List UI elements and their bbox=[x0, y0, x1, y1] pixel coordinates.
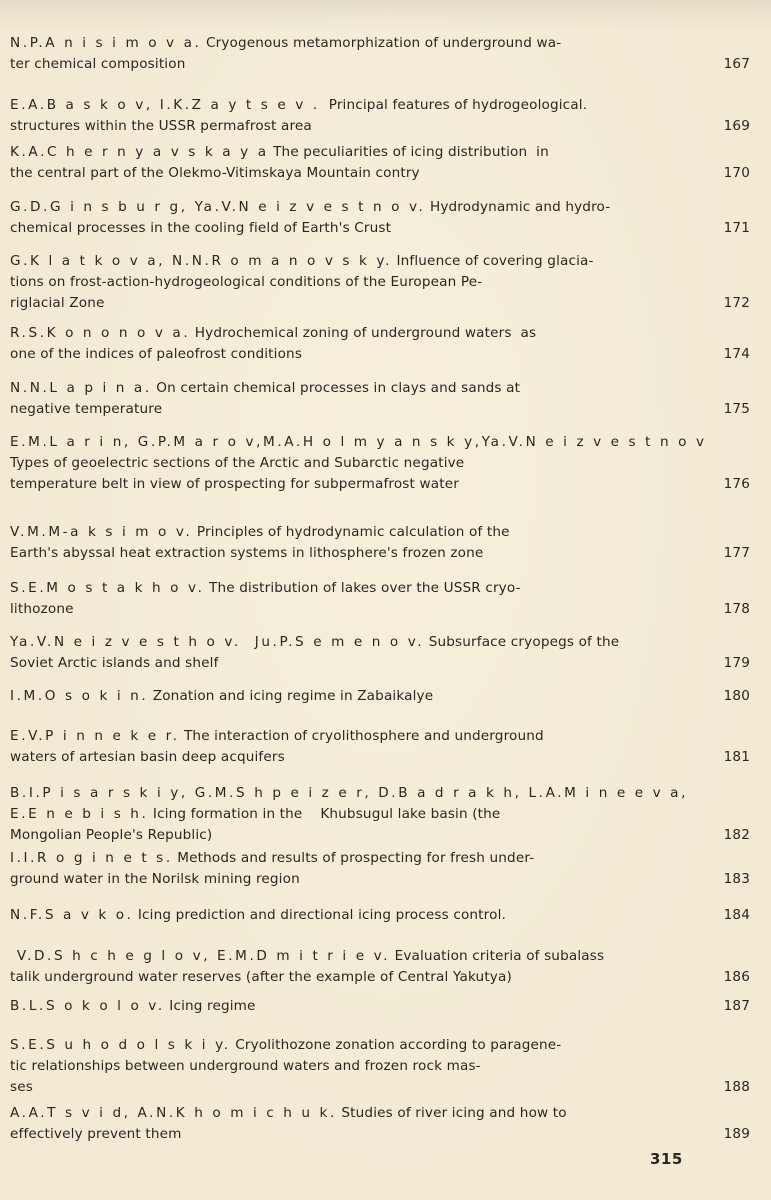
entry-text: tions on frost-action-hydrogeological co… bbox=[10, 272, 482, 293]
entry-text: N.P.A n i s i m o v a. Cryogenous metamo… bbox=[10, 33, 561, 54]
toc-entry: E.A.B a s k o v, I.K.Z a y t s e v . Pri… bbox=[10, 95, 750, 137]
toc-entry: N.F.S a v k o. Icing prediction and dire… bbox=[10, 905, 750, 926]
entry-title-text: one of the indices of paleofrost conditi… bbox=[10, 346, 302, 362]
entry-text: N.N.L a p i n a. On certain chemical pro… bbox=[10, 378, 520, 399]
entry-page-number bbox=[700, 251, 750, 272]
entry-title-text: the central part of the Olekmo-Vitimskay… bbox=[10, 165, 420, 181]
entry-line: N.F.S a v k o. Icing prediction and dire… bbox=[10, 905, 750, 926]
entry-title-text: Methods and results of prospecting for f… bbox=[173, 850, 534, 866]
entry-text: Ya.V.N e i z v e s t h o v. Ju.P.S e m e… bbox=[10, 632, 619, 653]
entry-authors: E.V.P i n n e k e r. bbox=[10, 728, 180, 744]
entry-page-number: 167 bbox=[700, 54, 750, 75]
entry-line: structures within the USSR permafrost ar… bbox=[10, 116, 750, 137]
entry-title-text: Icing regime bbox=[165, 998, 256, 1014]
entry-title-text: The interaction of cryolithosphere and u… bbox=[180, 728, 544, 744]
book-page: N.P.A n i s i m o v a. Cryogenous metamo… bbox=[0, 0, 771, 1200]
entry-title-text: tions on frost-action-hydrogeological co… bbox=[10, 274, 482, 290]
entry-text: structures within the USSR permafrost ar… bbox=[10, 116, 312, 137]
entry-page-number bbox=[700, 578, 750, 599]
entry-text: tic relationships between underground wa… bbox=[10, 1056, 481, 1077]
page-top-shadow bbox=[0, 0, 771, 30]
entry-page-number bbox=[700, 522, 750, 543]
entry-line: S.E.S u h o d o l s k i y. Cryolithozone… bbox=[10, 1035, 750, 1056]
entry-page-number bbox=[700, 95, 750, 116]
entry-text: I.I.R o g i n e t s. Methods and results… bbox=[10, 848, 534, 869]
entry-line: Earth's abyssal heat extraction systems … bbox=[10, 543, 750, 564]
entry-authors: S.E.M o s t a k h o v. bbox=[10, 580, 205, 596]
entry-line: K.A.C h e r n y a v s k a y a The peculi… bbox=[10, 142, 750, 163]
entry-text: talik underground water reserves (after … bbox=[10, 967, 512, 988]
entry-line: Soviet Arctic islands and shelf179 bbox=[10, 653, 750, 674]
entry-page-number bbox=[700, 1103, 750, 1124]
entry-authors: N.F.S a v k o. bbox=[10, 907, 133, 923]
entry-text: S.E.S u h o d o l s k i y. Cryolithozone… bbox=[10, 1035, 561, 1056]
entry-page-number: 169 bbox=[700, 116, 750, 137]
entry-page-number: 183 bbox=[700, 869, 750, 890]
entry-line: B.L.S o k o l o v. Icing regime187 bbox=[10, 996, 750, 1017]
toc-entry: B.I.P i s a r s k i y, G.M.S h p e i z e… bbox=[10, 783, 750, 846]
entry-line: I.M.O s o k i n. Zonation and icing regi… bbox=[10, 686, 750, 707]
entry-text: E.V.P i n n e k e r. The interaction of … bbox=[10, 726, 544, 747]
toc-entry: E.V.P i n n e k e r. The interaction of … bbox=[10, 726, 750, 768]
entry-line: negative temperature175 bbox=[10, 399, 750, 420]
entry-text: temperature belt in view of prospecting … bbox=[10, 474, 459, 495]
toc-entry: R.S.K o n o n o v a. Hydrochemical zonin… bbox=[10, 323, 750, 365]
entry-page-number: 180 bbox=[700, 686, 750, 707]
entry-line: the central part of the Olekmo-Vitimskay… bbox=[10, 163, 750, 184]
entry-title-text: The distribution of lakes over the USSR … bbox=[205, 580, 521, 596]
entry-text: E.M.L a r i n, G.P.M a r o v,M.A.H o l m… bbox=[10, 432, 707, 453]
entry-text: V.D.S h c h e g l o v, E.M.D m i t r i e… bbox=[10, 946, 604, 967]
toc-entry: B.L.S o k o l o v. Icing regime187 bbox=[10, 996, 750, 1017]
entry-page-number: 174 bbox=[700, 344, 750, 365]
entry-line: lithozone178 bbox=[10, 599, 750, 620]
entry-authors: N.P.A n i s i m o v a. bbox=[10, 35, 201, 51]
toc-entry: E.M.L a r i n, G.P.M a r o v,M.A.H o l m… bbox=[10, 432, 750, 495]
entry-line: E.V.P i n n e k e r. The interaction of … bbox=[10, 726, 750, 747]
entry-title-text: negative temperature bbox=[10, 401, 162, 417]
entry-text: G.D.G i n s b u r g, Ya.V.N e i z v e s … bbox=[10, 197, 610, 218]
toc-entry: N.N.L a p i n a. On certain chemical pro… bbox=[10, 378, 750, 420]
entry-title-text: Types of geoelectric sections of the Arc… bbox=[10, 455, 464, 471]
entry-text: V.M.M-a k s i m o v. Principles of hydro… bbox=[10, 522, 510, 543]
entry-line: V.M.M-a k s i m o v. Principles of hydro… bbox=[10, 522, 750, 543]
entry-page-number: 172 bbox=[700, 293, 750, 314]
entry-line: Mongolian People's Republic)182 bbox=[10, 825, 750, 846]
entry-line: E.E n e b i s h. Icing formation in the … bbox=[10, 804, 750, 825]
entry-line: effectively prevent them189 bbox=[10, 1124, 750, 1145]
entry-page-number: 186 bbox=[700, 967, 750, 988]
entry-text: lithozone bbox=[10, 599, 74, 620]
entry-text: R.S.K o n o n o v a. Hydrochemical zonin… bbox=[10, 323, 536, 344]
entry-text: S.E.M o s t a k h o v. The distribution … bbox=[10, 578, 521, 599]
entry-line: ses188 bbox=[10, 1077, 750, 1098]
entry-page-number: 189 bbox=[700, 1124, 750, 1145]
entry-page-number: 178 bbox=[700, 599, 750, 620]
entry-title-text: Evaluation criteria of subalass bbox=[390, 948, 604, 964]
entry-page-number bbox=[700, 632, 750, 653]
entry-title-text: tic relationships between underground wa… bbox=[10, 1058, 481, 1074]
entry-line: Types of geoelectric sections of the Arc… bbox=[10, 453, 750, 474]
entry-page-number bbox=[700, 33, 750, 54]
entry-title-text: lithozone bbox=[10, 601, 74, 617]
entry-line: Ya.V.N e i z v e s t h o v. Ju.P.S e m e… bbox=[10, 632, 750, 653]
entry-text: G.K l a t k o v a, N.N.R o m a n o v s k… bbox=[10, 251, 594, 272]
entry-page-number: 184 bbox=[700, 905, 750, 926]
toc-entry: A.A.T s v i d, A.N.K h o m i c h u k. St… bbox=[10, 1103, 750, 1145]
entry-text: chemical processes in the cooling field … bbox=[10, 218, 391, 239]
entry-text: A.A.T s v i d, A.N.K h o m i c h u k. St… bbox=[10, 1103, 567, 1124]
entry-line: E.A.B a s k o v, I.K.Z a y t s e v . Pri… bbox=[10, 95, 750, 116]
entry-page-number: 170 bbox=[700, 163, 750, 184]
entry-authors: E.M.L a r i n, G.P.M a r o v,M.A.H o l m… bbox=[10, 434, 707, 450]
entry-text: the central part of the Olekmo-Vitimskay… bbox=[10, 163, 420, 184]
entry-title-text: Icing formation in the Khubsugul lake ba… bbox=[148, 806, 500, 822]
entry-title-text: effectively prevent them bbox=[10, 1126, 182, 1142]
entry-authors: K.A.C h e r n y a v s k a y a bbox=[10, 144, 269, 160]
entry-authors: G.K l a t k o v a, N.N.R o m a n o v s k… bbox=[10, 253, 392, 269]
entry-line: temperature belt in view of prospecting … bbox=[10, 474, 750, 495]
entry-title-text: Studies of river icing and how to bbox=[337, 1105, 567, 1121]
entry-text: E.E n e b i s h. Icing formation in the … bbox=[10, 804, 500, 825]
entry-title-text: Principal features of hydrogeological. bbox=[320, 97, 587, 113]
entry-title-text: talik underground water reserves (after … bbox=[10, 969, 512, 985]
toc-entry: V.M.M-a k s i m o v. Principles of hydro… bbox=[10, 522, 750, 564]
entry-authors: V.D.S h c h e g l o v, E.M.D m i t r i e… bbox=[10, 948, 390, 964]
entry-page-number: 177 bbox=[700, 543, 750, 564]
entry-title-text: waters of artesian basin deep acquifers bbox=[10, 749, 285, 765]
entry-title-text: Subsurface cryopegs of the bbox=[424, 634, 619, 650]
entry-text: ground water in the Norilsk mining regio… bbox=[10, 869, 300, 890]
entry-text: waters of artesian basin deep acquifers bbox=[10, 747, 285, 768]
entry-text: riglacial Zone bbox=[10, 293, 105, 314]
entry-page-number bbox=[700, 783, 750, 804]
entry-line: ter chemical composition167 bbox=[10, 54, 750, 75]
entry-text: B.I.P i s a r s k i y, G.M.S h p e i z e… bbox=[10, 783, 688, 804]
entry-authors: G.D.G i n s b u r g, Ya.V.N e i z v e s … bbox=[10, 199, 425, 215]
entry-line: R.S.K o n o n o v a. Hydrochemical zonin… bbox=[10, 323, 750, 344]
entry-title-text: Earth's abyssal heat extraction systems … bbox=[10, 545, 483, 561]
entry-title-text: Influence of covering glacia- bbox=[392, 253, 594, 269]
entry-title-text: temperature belt in view of prospecting … bbox=[10, 476, 459, 492]
entry-page-number: 181 bbox=[700, 747, 750, 768]
entry-text: one of the indices of paleofrost conditi… bbox=[10, 344, 302, 365]
entry-text: K.A.C h e r n y a v s k a y a The peculi… bbox=[10, 142, 549, 163]
entry-title-text: ground water in the Norilsk mining regio… bbox=[10, 871, 300, 887]
toc-entry: Ya.V.N e i z v e s t h o v. Ju.P.S e m e… bbox=[10, 632, 750, 674]
entry-page-number: 187 bbox=[700, 996, 750, 1017]
entry-line: ground water in the Norilsk mining regio… bbox=[10, 869, 750, 890]
entry-line: N.P.A n i s i m o v a. Cryogenous metamo… bbox=[10, 33, 750, 54]
entry-page-number bbox=[700, 378, 750, 399]
toc-entry: N.P.A n i s i m o v a. Cryogenous metamo… bbox=[10, 33, 750, 75]
entry-page-number bbox=[707, 432, 757, 453]
entry-title-text: Hydrodynamic and hydro- bbox=[425, 199, 610, 215]
entry-page-number bbox=[700, 848, 750, 869]
entry-line: A.A.T s v i d, A.N.K h o m i c h u k. St… bbox=[10, 1103, 750, 1124]
entry-line: N.N.L a p i n a. On certain chemical pro… bbox=[10, 378, 750, 399]
entry-page-number bbox=[700, 272, 750, 293]
entry-authors: I.M.O s o k i n. bbox=[10, 688, 148, 704]
entry-text: effectively prevent them bbox=[10, 1124, 182, 1145]
entry-page-number bbox=[700, 726, 750, 747]
entry-page-number bbox=[700, 142, 750, 163]
entry-page-number: 182 bbox=[700, 825, 750, 846]
toc-entry: S.E.M o s t a k h o v. The distribution … bbox=[10, 578, 750, 620]
entry-title-text: Mongolian People's Republic) bbox=[10, 827, 212, 843]
entry-authors: Ya.V.N e i z v e s t h o v. Ju.P.S e m e… bbox=[10, 634, 424, 650]
entry-page-number: 175 bbox=[700, 399, 750, 420]
entry-authors: B.L.S o k o l o v. bbox=[10, 998, 165, 1014]
toc-entry: I.I.R o g i n e t s. Methods and results… bbox=[10, 848, 750, 890]
entry-text: Mongolian People's Republic) bbox=[10, 825, 212, 846]
entry-title-text: ter chemical composition bbox=[10, 56, 185, 72]
entry-line: G.D.G i n s b u r g, Ya.V.N e i z v e s … bbox=[10, 197, 750, 218]
entry-line: S.E.M o s t a k h o v. The distribution … bbox=[10, 578, 750, 599]
entry-line: waters of artesian basin deep acquifers1… bbox=[10, 747, 750, 768]
entry-text: Soviet Arctic islands and shelf bbox=[10, 653, 219, 674]
entry-authors: B.I.P i s a r s k i y, G.M.S h p e i z e… bbox=[10, 785, 688, 801]
entry-authors: E.A.B a s k o v, I.K.Z a y t s e v . bbox=[10, 97, 320, 113]
entry-line: G.K l a t k o v a, N.N.R o m a n o v s k… bbox=[10, 251, 750, 272]
toc-entry: G.K l a t k o v a, N.N.R o m a n o v s k… bbox=[10, 251, 750, 314]
toc-entry: I.M.O s o k i n. Zonation and icing regi… bbox=[10, 686, 750, 707]
entry-line: E.M.L a r i n, G.P.M a r o v,M.A.H o l m… bbox=[10, 432, 750, 453]
entry-page-number bbox=[700, 946, 750, 967]
entry-page-number bbox=[700, 323, 750, 344]
entry-page-number: 188 bbox=[700, 1077, 750, 1098]
entry-authors: S.E.S u h o d o l s k i y. bbox=[10, 1037, 231, 1053]
entry-title-text: Soviet Arctic islands and shelf bbox=[10, 655, 219, 671]
entry-line: riglacial Zone172 bbox=[10, 293, 750, 314]
entry-page-number bbox=[700, 804, 750, 825]
entry-title-text: Hydrochemical zoning of underground wate… bbox=[190, 325, 536, 341]
entry-line: V.D.S h c h e g l o v, E.M.D m i t r i e… bbox=[10, 946, 750, 967]
entry-title-text: Icing prediction and directional icing p… bbox=[133, 907, 506, 923]
entry-title-text: structures within the USSR permafrost ar… bbox=[10, 118, 312, 134]
entry-title-text: Principles of hydrodynamic calculation o… bbox=[192, 524, 509, 540]
entry-line: tic relationships between underground wa… bbox=[10, 1056, 750, 1077]
entry-title-text: Zonation and icing regime in Zabaikalye bbox=[148, 688, 433, 704]
entry-page-number bbox=[700, 1035, 750, 1056]
entry-title-text: On certain chemical processes in clays a… bbox=[152, 380, 520, 396]
entry-line: one of the indices of paleofrost conditi… bbox=[10, 344, 750, 365]
entry-page-number: 176 bbox=[700, 474, 750, 495]
entry-page-number bbox=[700, 453, 750, 474]
entry-authors: E.E n e b i s h. bbox=[10, 806, 148, 822]
entry-page-number: 171 bbox=[700, 218, 750, 239]
entry-authors: N.N.L a p i n a. bbox=[10, 380, 152, 396]
entry-title-text: Cryolithozone zonation according to para… bbox=[231, 1037, 562, 1053]
entry-line: B.I.P i s a r s k i y, G.M.S h p e i z e… bbox=[10, 783, 750, 804]
entry-text: N.F.S a v k o. Icing prediction and dire… bbox=[10, 905, 506, 926]
entry-text: I.M.O s o k i n. Zonation and icing regi… bbox=[10, 686, 433, 707]
entry-authors: A.A.T s v i d, A.N.K h o m i c h u k. bbox=[10, 1105, 337, 1121]
entry-text: Types of geoelectric sections of the Arc… bbox=[10, 453, 464, 474]
entry-page-number: 179 bbox=[700, 653, 750, 674]
toc-entry: K.A.C h e r n y a v s k a y a The peculi… bbox=[10, 142, 750, 184]
entry-title-text: riglacial Zone bbox=[10, 295, 105, 311]
entry-text: ter chemical composition bbox=[10, 54, 185, 75]
entry-line: tions on frost-action-hydrogeological co… bbox=[10, 272, 750, 293]
toc-entry: S.E.S u h o d o l s k i y. Cryolithozone… bbox=[10, 1035, 750, 1098]
entry-title-text: The peculiarities of icing distribution … bbox=[269, 144, 549, 160]
toc-entry: V.D.S h c h e g l o v, E.M.D m i t r i e… bbox=[10, 946, 750, 988]
entry-title-text: Cryogenous metamorphization of undergrou… bbox=[201, 35, 561, 51]
entry-authors: V.M.M-a k s i m o v. bbox=[10, 524, 192, 540]
toc-entry: G.D.G i n s b u r g, Ya.V.N e i z v e s … bbox=[10, 197, 750, 239]
entry-title-text: ses bbox=[10, 1079, 33, 1095]
entry-authors: R.S.K o n o n o v a. bbox=[10, 325, 190, 341]
page-number: 315 bbox=[650, 1150, 683, 1168]
entry-title-text: chemical processes in the cooling field … bbox=[10, 220, 391, 236]
entry-text: Earth's abyssal heat extraction systems … bbox=[10, 543, 483, 564]
entry-line: talik underground water reserves (after … bbox=[10, 967, 750, 988]
entry-line: chemical processes in the cooling field … bbox=[10, 218, 750, 239]
entry-text: ses bbox=[10, 1077, 33, 1098]
entry-text: negative temperature bbox=[10, 399, 162, 420]
entry-line: I.I.R o g i n e t s. Methods and results… bbox=[10, 848, 750, 869]
entry-text: E.A.B a s k o v, I.K.Z a y t s e v . Pri… bbox=[10, 95, 587, 116]
entry-text: B.L.S o k o l o v. Icing regime bbox=[10, 996, 256, 1017]
entry-page-number bbox=[700, 1056, 750, 1077]
entry-authors: I.I.R o g i n e t s. bbox=[10, 850, 173, 866]
entry-page-number bbox=[700, 197, 750, 218]
